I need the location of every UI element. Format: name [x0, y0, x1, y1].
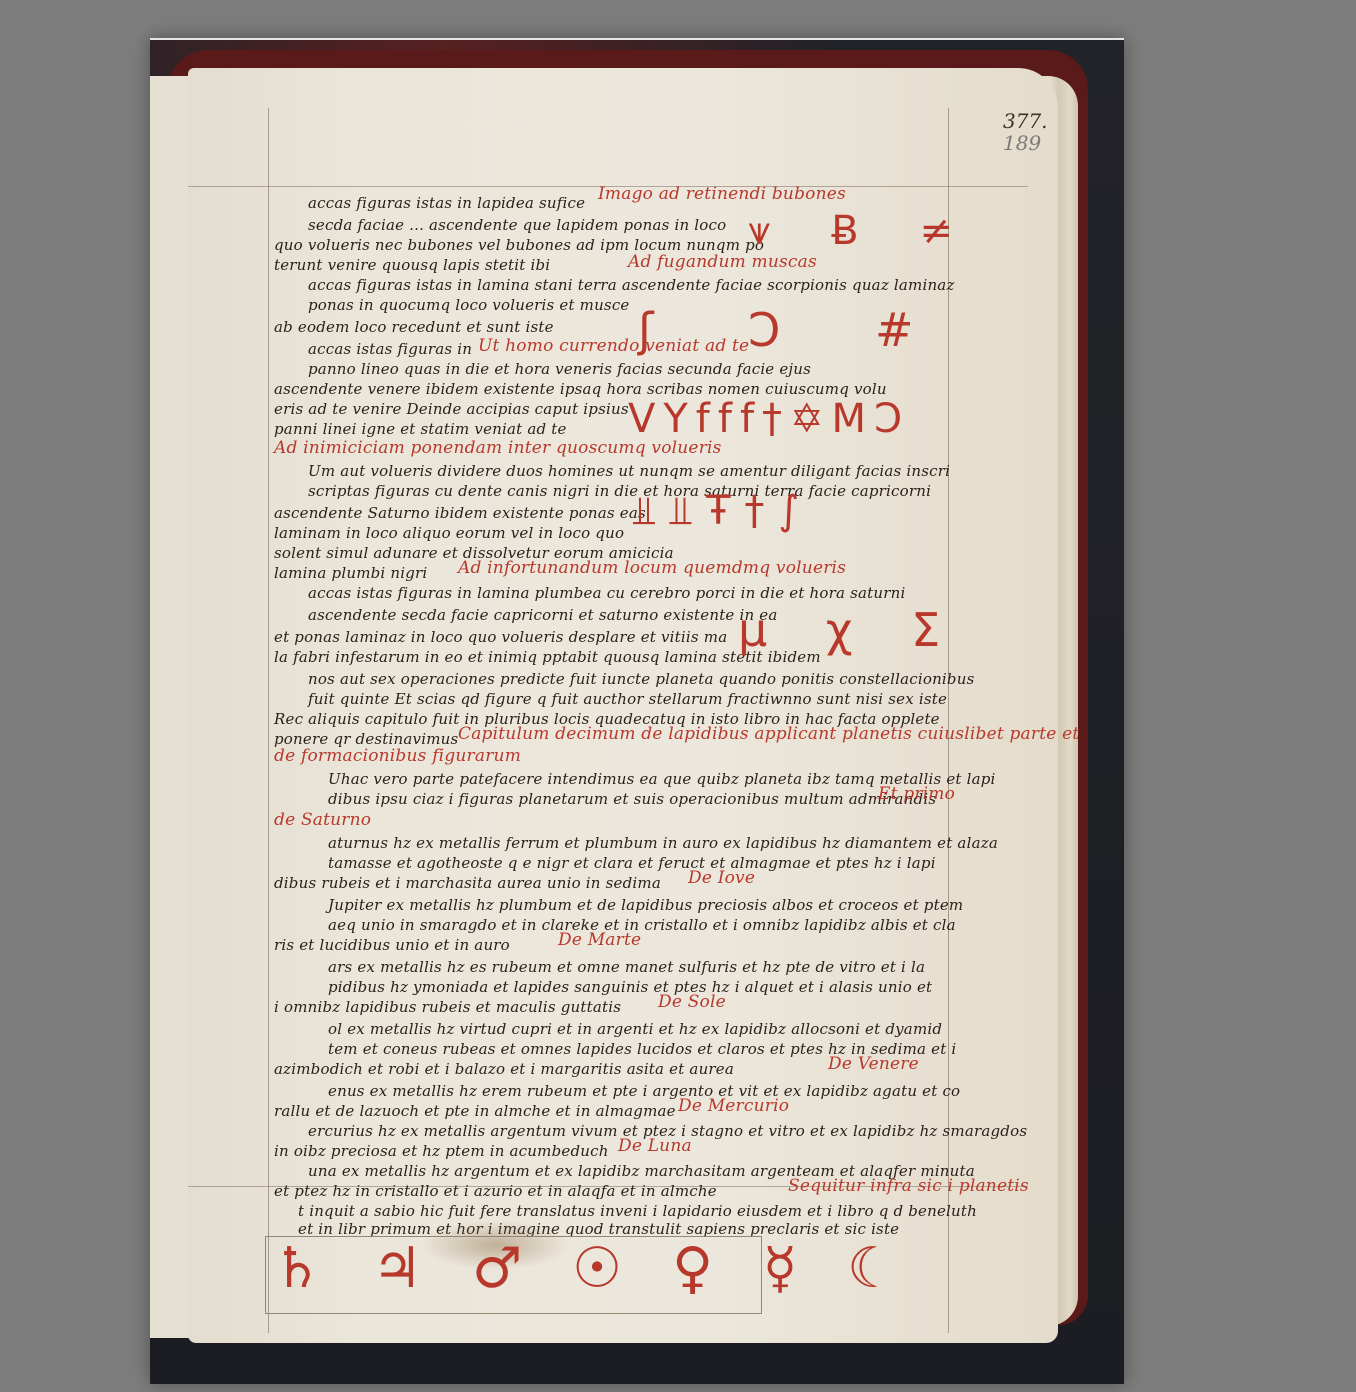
text-line: rallu et de lazuoch et pte in almche et …: [274, 1102, 676, 1120]
rubric-heading: De Mercurio: [678, 1096, 789, 1116]
folio-number: 377. 189: [1003, 110, 1048, 154]
text-line: nos aut sex operaciones predicte fuit iu…: [308, 670, 974, 688]
rubric-heading: De Iove: [688, 868, 755, 888]
sigil-group-homo: VYfff†✡ΜƆ: [628, 396, 910, 442]
text-line: ris et lucidibus unio et in auro: [274, 936, 510, 954]
rubric-heading: Ad infortunandum locum quemdmq volueris: [458, 558, 846, 578]
text-line: secda faciae ... ascendente que lapidem …: [308, 216, 726, 234]
text-line: eris ad te venire Deinde accipias caput …: [274, 400, 629, 418]
text-line: scriptas figuras cu dente canis nigri in…: [308, 482, 931, 500]
sigil-group-bubones: ⩛ Ƀ ≠: [748, 208, 977, 254]
text-line: aeq unio in smaragdo et in clareke et in…: [328, 916, 956, 934]
text-line: laminam in loco aliquo eorum vel in loco…: [274, 524, 624, 542]
folio-current: 377.: [1003, 110, 1048, 132]
text-line: panni linei igne et statim veniat ad te: [274, 420, 567, 438]
rubric-heading: Capitulum decimum de lapidibus applicant…: [458, 724, 1079, 744]
folio-old: 189: [1003, 132, 1048, 154]
text-line: panno lineo quas in die et hora veneris …: [308, 360, 811, 378]
rubric-heading: Sequitur infra sic i planetis: [788, 1176, 1029, 1196]
text-line: pidibus hz ymoniada et lapides sanguinis…: [328, 978, 932, 996]
text-line: accas figuras istas in lapidea sufice: [308, 194, 585, 212]
text-line: accas istas figuras in lamina plumbea cu…: [308, 584, 905, 602]
text-line: ol ex metallis hz virtud cupri et in arg…: [328, 1020, 942, 1038]
text-line: azimbodich et robi et i balazo et i marg…: [274, 1060, 734, 1078]
planet-sigils-row: ♄ ♃ ♂ ☉ ♀ ☿ ☾: [272, 1236, 913, 1301]
text-line: et ponas laminaz in loco quo volueris de…: [274, 628, 727, 646]
text-line: accas istas figuras in: [308, 340, 472, 358]
text-line: i omnibz lapidibus rubeis et maculis gut…: [274, 998, 621, 1016]
manuscript-page: 377. 189 accas figuras istas in lapidea …: [188, 68, 1058, 1343]
text-line: Um aut volueris dividere duos homines ut…: [308, 462, 950, 480]
text-line: accas figuras istas in lamina stani terr…: [308, 276, 955, 294]
text-line: terunt venire quousq lapis stetit ibi: [274, 256, 550, 274]
rubric-heading: Ad fugandum muscas: [628, 252, 817, 272]
text-line: tamasse et agotheoste q e nigr et clara …: [328, 854, 936, 872]
text-line: ponas in quocumq loco volueris et musce: [308, 296, 630, 314]
rubric-heading: de formacionibus figurarum: [274, 746, 521, 766]
rubric-heading: De Sole: [658, 992, 726, 1012]
rubric-heading: Et primo: [878, 784, 955, 804]
text-line: in oibz preciosa et hz ptem in acumbeduc…: [274, 1142, 609, 1160]
text-line: Jupiter ex metallis hz plumbum et de lap…: [328, 896, 963, 914]
text-line: ab eodem loco recedunt et sunt iste: [274, 318, 554, 336]
rubric-heading: De Marte: [558, 930, 641, 950]
sigil-group-inimicicia: ⫫⫫Ŧ†∫: [633, 488, 813, 534]
text-line: t inquit a sabio hic fuit fere translatu…: [298, 1202, 977, 1220]
text-line: et ptez hz in cristallo et i azurio et i…: [274, 1182, 717, 1200]
text-line: enus ex metallis hz erem rubeum et pte i…: [328, 1082, 960, 1100]
rubric-heading: Imago ad retinendi bubones: [598, 184, 846, 204]
text-line: ascendente secda facie capricorni et sat…: [308, 606, 778, 624]
text-line: dibus rubeis et i marchasita aurea unio …: [274, 874, 661, 892]
facing-page-edge: [150, 76, 192, 1338]
text-line: lamina plumbi nigri: [274, 564, 427, 582]
ruling-line: [268, 108, 269, 1333]
rubric-heading: de Saturno: [274, 810, 371, 830]
text-line: fuit quinte Et scias qd figure q fuit au…: [308, 690, 947, 708]
rubric-heading: De Venere: [828, 1054, 919, 1074]
text-line: aturnus hz ex metallis ferrum et plumbum…: [328, 834, 998, 852]
rubric-heading: De Luna: [618, 1136, 692, 1156]
text-line: dibus ipsu ciaz i figuras planetarum et …: [328, 790, 936, 808]
text-line: ascendente Saturno ibidem existente pona…: [274, 504, 646, 522]
document-viewer: 377. 189 accas figuras istas in lapidea …: [150, 38, 1124, 1384]
text-line: ars ex metallis hz es rubeum et omne man…: [328, 958, 925, 976]
sigil-group-infortunandum: μ χ Σ: [738, 603, 962, 657]
sigil-group-muscas: ʃ Ɔ #: [638, 303, 954, 357]
